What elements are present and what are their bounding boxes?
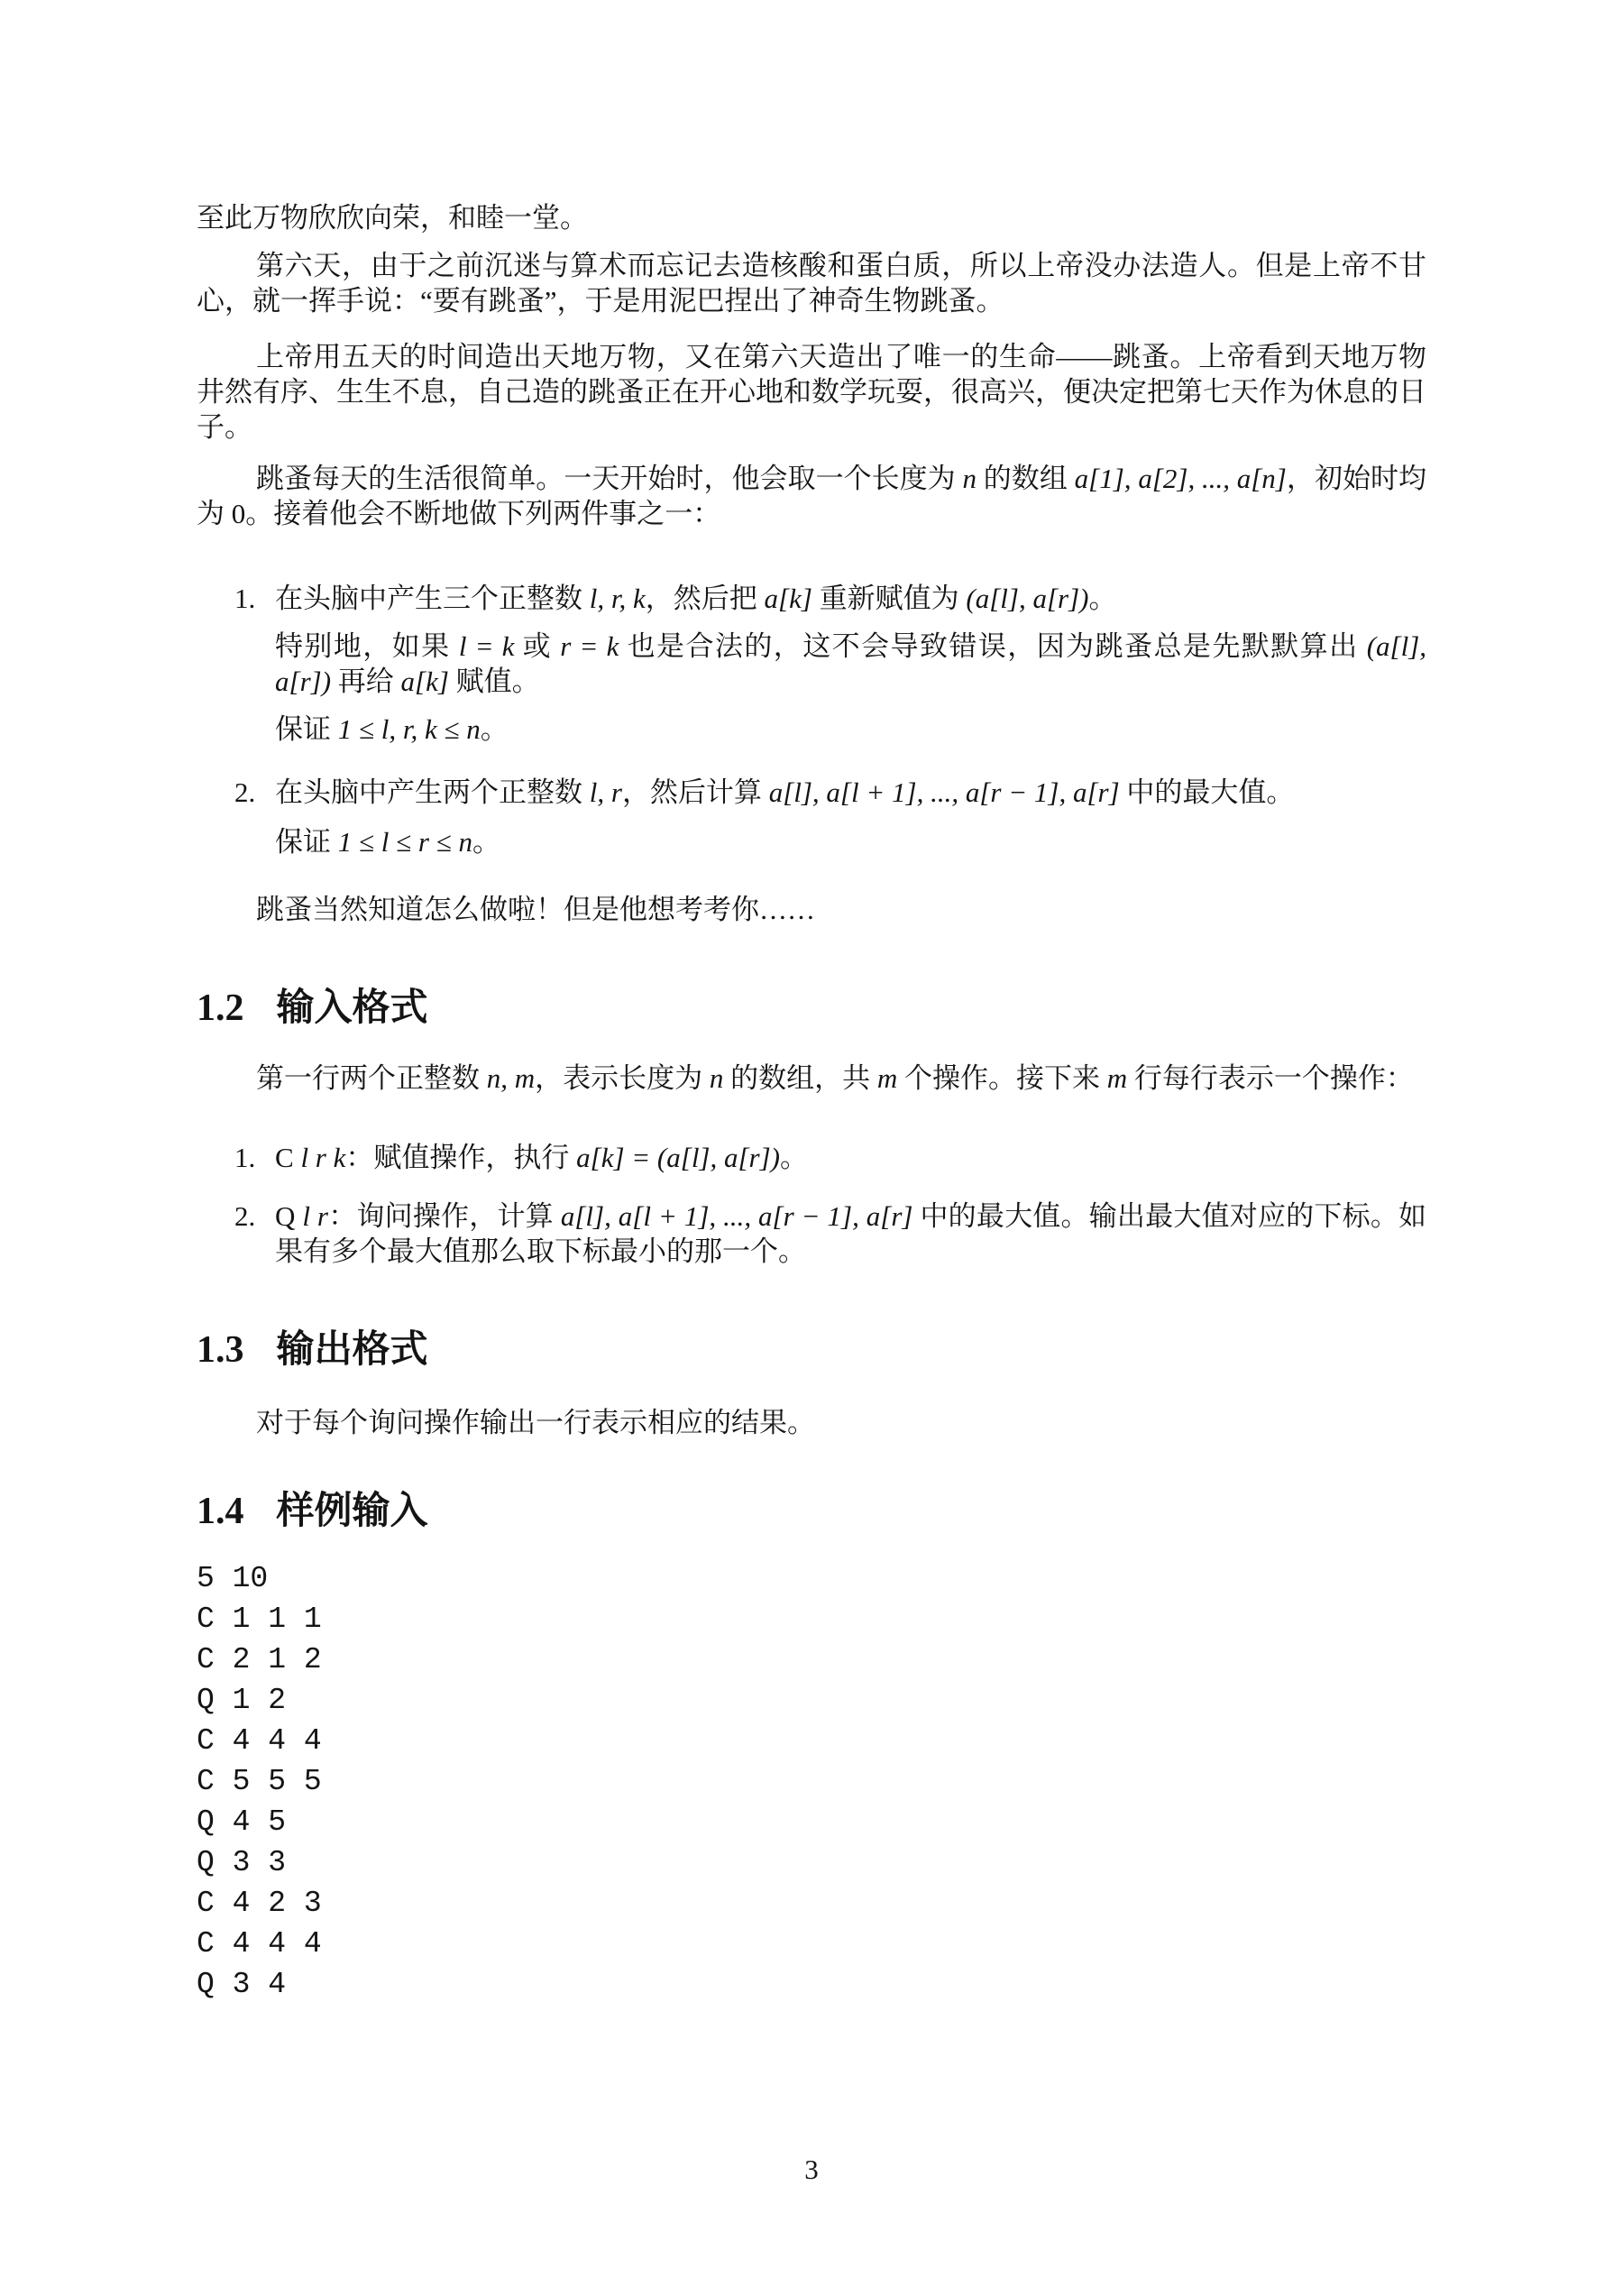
section-title: 输出格式 xyxy=(277,1329,428,1371)
input-op-q-item: 2. Q l r：询问操作，计算 a[l], a[l + 1], ..., a[… xyxy=(197,1199,1426,1269)
operation-query-text: 在头脑中产生两个正整数 l, r，然后计算 a[l], a[l + 1], ..… xyxy=(275,775,1426,810)
input-format-list: 1. C l r k：赋值操作，执行 a[k] = (a[l], a[r])。 … xyxy=(197,1140,1426,1269)
paragraph-harmony: 至此万物欣欣向荣，和睦一堂。 xyxy=(197,200,1426,235)
section-heading-input-format: 1.2输入格式 xyxy=(197,986,1426,1031)
sample-input-code: 5 10 C 1 1 1 C 2 1 2 Q 1 2 C 4 4 4 C 5 5… xyxy=(197,1558,1426,2005)
operations-list: 1. 在头脑中产生三个正整数 l, r, k，然后把 a[k] 重新赋值为 (a… xyxy=(197,581,1426,859)
input-op-c-item: 1. C l r k：赋值操作，执行 a[k] = (a[l], a[r])。 xyxy=(197,1140,1426,1175)
operation-assign-note: 特别地，如果 l = k 或 r = k 也是合法的，这不会导致错误，因为跳蚤总… xyxy=(275,629,1426,699)
section-heading-output-format: 1.3输出格式 xyxy=(197,1327,1426,1373)
list-item-number: 2. xyxy=(234,775,255,810)
document-page: 至此万物欣欣向荣，和睦一堂。 第六天，由于之前沉迷与算术而忘记去造核酸和蛋白质，… xyxy=(0,0,1623,2296)
operation-assign-text: 在头脑中产生三个正整数 l, r, k，然后把 a[k] 重新赋值为 (a[l]… xyxy=(275,581,1426,616)
paragraph-daily-routine: 跳蚤每天的生活很简单。一天开始时，他会取一个长度为 n 的数组 a[1], a[… xyxy=(197,461,1426,531)
page-number: 3 xyxy=(0,2152,1623,2187)
paragraph-output-description: 对于每个询问操作输出一行表示相应的结果。 xyxy=(197,1405,1426,1440)
list-item-number: 2. xyxy=(234,1199,255,1234)
paragraph-creation: 上帝用五天的时间造出天地万物，又在第六天造出了唯一的生命——跳蚤。上帝看到天地万… xyxy=(197,339,1426,445)
input-op-q-text: Q l r：询问操作，计算 a[l], a[l + 1], ..., a[r −… xyxy=(275,1199,1426,1269)
list-item-number: 1. xyxy=(234,1140,255,1175)
section-number: 1.2 xyxy=(197,987,244,1029)
operation-assign-item: 1. 在头脑中产生三个正整数 l, r, k，然后把 a[k] 重新赋值为 (a… xyxy=(197,581,1426,747)
section-title: 输入格式 xyxy=(277,987,428,1029)
section-title: 样例输入 xyxy=(277,1491,428,1532)
operation-assign-guarantee: 保证 1 ≤ l, r, k ≤ n。 xyxy=(275,712,1426,747)
section-number: 1.3 xyxy=(197,1329,244,1371)
list-item-number: 1. xyxy=(234,581,255,616)
paragraph-input-description: 第一行两个正整数 n, m，表示长度为 n 的数组，共 m 个操作。接下来 m … xyxy=(197,1061,1426,1096)
section-number: 1.4 xyxy=(197,1491,244,1532)
operation-query-guarantee: 保证 1 ≤ l ≤ r ≤ n。 xyxy=(275,824,1426,859)
operation-query-item: 2. 在头脑中产生两个正整数 l, r，然后计算 a[l], a[l + 1],… xyxy=(197,775,1426,859)
paragraph-day-six: 第六天，由于之前沉迷与算术而忘记去造核酸和蛋白质，所以上帝没办法造人。但是上帝不… xyxy=(197,248,1426,318)
section-heading-sample-input: 1.4样例输入 xyxy=(197,1489,1426,1534)
paragraph-challenge: 跳蚤当然知道怎么做啦！但是他想考考你…… xyxy=(197,892,1426,927)
input-op-c-text: C l r k：赋值操作，执行 a[k] = (a[l], a[r])。 xyxy=(275,1140,1426,1175)
